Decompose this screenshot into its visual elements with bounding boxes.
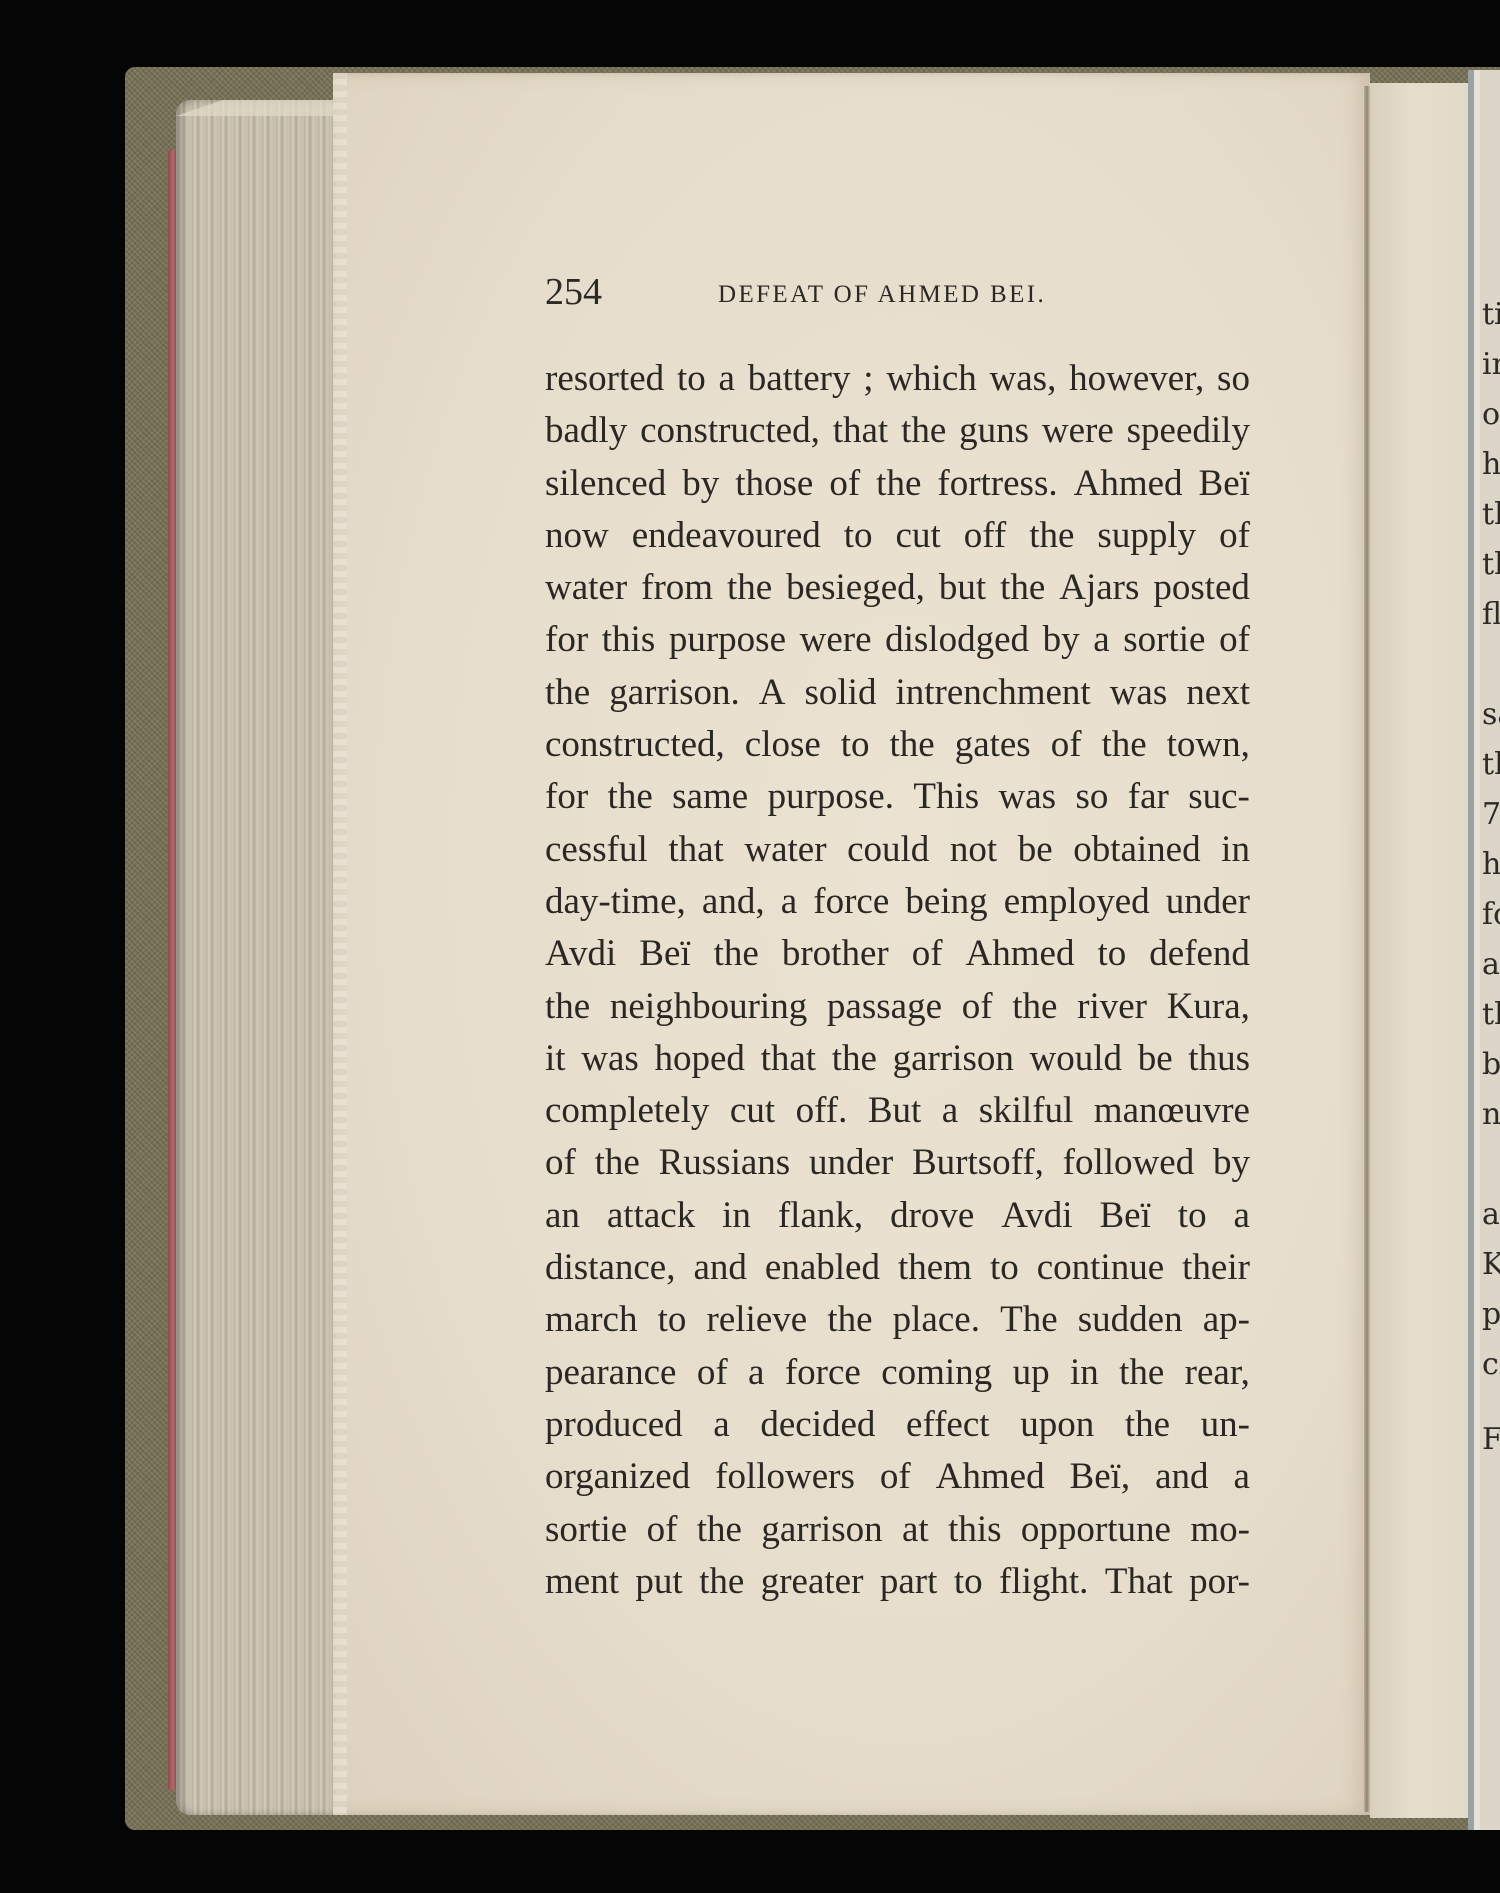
text-line: mentputthegreaterparttoflight.Thatpor- xyxy=(545,1556,1250,1608)
text-line: distance,andenabledthemtocontinuetheir xyxy=(545,1242,1250,1294)
facing-page-text-fragment: 7: xyxy=(1482,800,1500,830)
facing-page-text-fragment: ni xyxy=(1482,1100,1500,1130)
running-header: 254 DEFEAT OF AHMED BEI. xyxy=(545,272,1265,312)
text-line: silencedbythoseofthefortress.AhmedBeï xyxy=(545,458,1250,510)
text-line: theneighbouringpassageoftheriverKura, xyxy=(545,981,1250,1033)
text-line: AvdiBeïthebrotherofAhmedtodefend xyxy=(545,928,1250,980)
facing-page-text-fragment: by xyxy=(1482,1050,1500,1080)
facing-page-text-fragment: ci xyxy=(1482,1350,1500,1380)
facing-page-text-fragment: fo xyxy=(1482,900,1500,930)
body-text: resortedtoabattery;whichwas,however,so b… xyxy=(545,353,1250,1608)
facing-page-text-fragment: th xyxy=(1482,1000,1500,1030)
right-page-strip xyxy=(1370,83,1475,1818)
text-line: resortedtoabattery;whichwas,however,so xyxy=(545,353,1250,405)
facing-page-text-fragment: fla xyxy=(1482,600,1500,630)
facing-page-text-fragment: a xyxy=(1482,1200,1500,1230)
facing-page-text-fragment: ot xyxy=(1482,400,1500,430)
text-line: thegarrison.Asolidintrenchmentwasnext xyxy=(545,667,1250,719)
text-line: badlyconstructed,thatthegunswerespeedily xyxy=(545,405,1250,457)
text-line: producedadecidedeffectupontheun- xyxy=(545,1399,1250,1451)
text-line: cessfulthatwatercouldnotbeobtainedin xyxy=(545,824,1250,876)
text-line: oftheRussiansunderBurtsoff,followedby xyxy=(545,1137,1250,1189)
page-edges-stack xyxy=(176,100,333,1815)
text-line: forthesamepurpose.Thiswassofarsuc- xyxy=(545,771,1250,823)
facing-page-text-fragment: sa xyxy=(1482,700,1500,730)
facing-page-text-fragment: ha xyxy=(1482,850,1500,880)
facing-page-text-fragment: K xyxy=(1482,1250,1500,1280)
facing-page-text-fragment: at xyxy=(1482,950,1500,980)
facing-page-text-fragment: ho xyxy=(1482,450,1500,480)
facing-page-text-fragment: th xyxy=(1482,550,1500,580)
facing-page-fragment: ticinothoththflasath7:hafoatthbyniaKpici… xyxy=(1480,70,1500,1830)
text-line: day-time,and,aforcebeingemployedunder xyxy=(545,876,1250,928)
chapter-header-title: DEFEAT OF AHMED BEI. xyxy=(718,278,1046,312)
text-line: organizedfollowersofAhmedBeï,anda xyxy=(545,1451,1250,1503)
text-line: completelycutoff.Butaskilfulmanœuvre xyxy=(545,1085,1250,1137)
text-line: itwashopedthatthegarrisonwouldbethus xyxy=(545,1033,1250,1085)
text-line: marchtorelievetheplace.Thesuddenap- xyxy=(545,1294,1250,1346)
facing-page-text-fragment: th xyxy=(1482,750,1500,780)
facing-page-text-fragment: in xyxy=(1482,350,1500,380)
facing-page-text-fragment: tic xyxy=(1482,300,1500,330)
page-number: 254 xyxy=(545,272,602,312)
text-line: nowendeavouredtocutoffthesupplyof xyxy=(545,510,1250,562)
text-line: sortieofthegarrisonatthisopportunemo- xyxy=(545,1504,1250,1556)
text-line: anattackinflank,droveAvdiBeïtoa xyxy=(545,1190,1250,1242)
text-line: constructed,closetothegatesofthetown, xyxy=(545,719,1250,771)
book-scan: ticinothoththflasath7:hafoatthbyniaKpici… xyxy=(0,0,1500,1893)
facing-page-text-fragment: Fo xyxy=(1482,1425,1500,1455)
page-deckle-edge xyxy=(333,73,347,1815)
text-line: waterfromthebesieged,buttheAjarsposted xyxy=(545,562,1250,614)
facing-page-text-fragment: pi xyxy=(1482,1300,1500,1330)
text-line: forthispurposeweredislodgedbyasortieof xyxy=(545,614,1250,666)
facing-page-text-fragment: th xyxy=(1482,500,1500,530)
text-line: pearanceofaforcecomingupintherear, xyxy=(545,1347,1250,1399)
